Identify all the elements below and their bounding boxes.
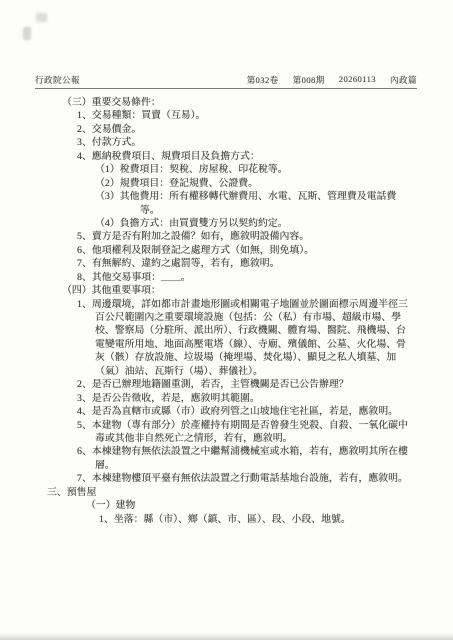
scan-artifact-speck bbox=[23, 27, 31, 40]
document-line: 層。 bbox=[95, 459, 453, 472]
document-line: 3、是否公告徵收，若是，應敘明其範圍。 bbox=[77, 392, 453, 405]
scan-artifact-bottom-shadow bbox=[0, 633, 453, 640]
document-line: 8、其他交易事項：＿＿。 bbox=[77, 271, 453, 284]
document-line: （2）規費項目：登記規費、公證費。 bbox=[95, 177, 453, 190]
issue-date: 20260113 bbox=[339, 74, 376, 86]
header-issue-info: 第032卷 第008期 20260113 內政篇 bbox=[247, 74, 417, 86]
document-line: 6、本棟建物有無依法設置之中繼幫浦機械室或水箱，若有，應敘明其所在樓 bbox=[77, 445, 453, 458]
document-line: 7、有無解約、違約之處罰等，若有，應敘明。 bbox=[77, 257, 453, 270]
document-line: （三）重要交易條件： bbox=[62, 96, 453, 109]
document-line: （一）建物 bbox=[86, 499, 453, 512]
document-line: 7、本棟建物樓頂平臺有無依法設置之行動電話基地台設施，若有，應敘明。 bbox=[77, 472, 453, 485]
document-line: 5、賣方是否有附加之設備？如有，應敘明設備內容。 bbox=[77, 230, 453, 243]
document-line: 3、付款方式。 bbox=[77, 136, 453, 149]
document-line: （4）負擔方式：由買賣雙方另以契約約定。 bbox=[95, 217, 453, 230]
document-line: （1）稅費項目：契稅、房屋稅、印花稅等。 bbox=[95, 163, 453, 176]
document-line: 6、他項權利及限制登記之處理方式（如無，則免填）。 bbox=[77, 244, 453, 257]
scan-artifact-speck bbox=[36, 13, 47, 22]
document-line: 等。 bbox=[140, 204, 453, 217]
page-header: 行政院公報 第032卷 第008期 20260113 內政篇 bbox=[35, 74, 417, 89]
document-line: 4、是否為直轄市或縣（市）政府列管之山坡地住宅社區，若是，應敘明。 bbox=[77, 405, 453, 418]
document-line: 1、周邊環境，詳如都市計畫地形圖或相關電子地圖並於圖面標示周邊半徑三 bbox=[77, 298, 453, 311]
document-line: 1、坐落：縣（市）、鄉（鎮、市、區）、段、小段、地號。 bbox=[99, 513, 453, 526]
document-line: （氣）油站、瓦斯行（場）、葬儀社）。 bbox=[95, 365, 453, 378]
document-line: 三、預售屋 bbox=[47, 486, 453, 499]
document-line: （3）其他費用：所有權移轉代辦費用、水電、瓦斯、管理費及電話費 bbox=[95, 190, 453, 203]
document-line: （四）其他重要事項： bbox=[62, 284, 453, 297]
document-line: 4、應納稅費項目、規費項目及負擔方式： bbox=[77, 150, 453, 163]
document-line: 電變電所用地、地面高壓電塔（線）、寺廟、殯儀館、公墓、火化場、骨 bbox=[95, 338, 453, 351]
gazette-scanned-page: 行政院公報 第032卷 第008期 20260113 內政篇 （三）重要交易條件… bbox=[0, 0, 453, 640]
document-line: 毒或其他非自然死亡之情形，若有，應敘明。 bbox=[95, 432, 453, 445]
document-line: 2、是否已辦理地籍圖重測，若否，主管機關是否已公告辦理？ bbox=[77, 378, 453, 391]
section-name: 內政篇 bbox=[390, 74, 417, 86]
issue-number: 第008期 bbox=[293, 74, 325, 86]
document-line: 1、交易種類：買賣（互易）。 bbox=[77, 109, 453, 122]
document-line: 灰（骸）存放設施、垃圾場（掩埋場、焚化場）、顯見之私人墳墓、加 bbox=[95, 351, 453, 364]
document-body: （三）重要交易條件：1、交易種類：買賣（互易）。2、交易價金。3、付款方式。4、… bbox=[0, 96, 453, 526]
document-line: 校、警察局（分駐所、派出所）、行政機關、體育場、醫院、飛機場、台 bbox=[95, 324, 453, 337]
volume-number: 第032卷 bbox=[247, 74, 279, 86]
document-line: 2、交易價金。 bbox=[77, 123, 453, 136]
publication-title: 行政院公報 bbox=[35, 74, 80, 86]
document-line: 5、本建物（專有部分）於產權持有期間是否曾發生兇殺、自殺、一氧化碳中 bbox=[77, 419, 453, 432]
document-line: 百公尺範圍內之重要環境設施（包括：公（私）有市場、超級市場、學 bbox=[95, 311, 453, 324]
